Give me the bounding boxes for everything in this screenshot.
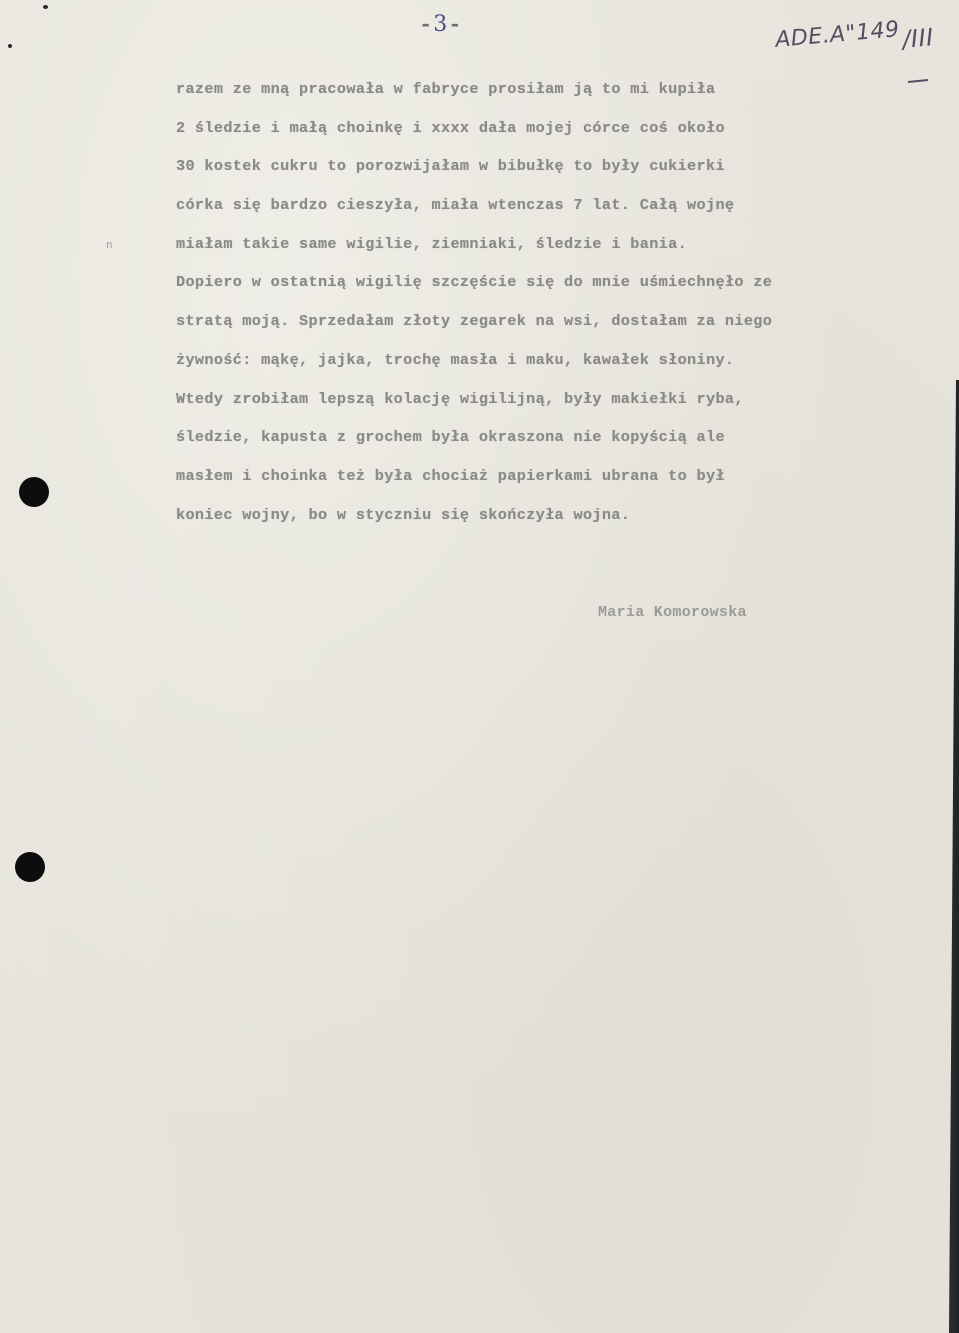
text-line: koniec wojny, bo w styczniu się skończył… <box>176 500 936 539</box>
punch-hole-bottom <box>15 852 45 882</box>
text-line: Dopiero w ostatnią wigilię szczęście się… <box>176 267 936 306</box>
archive-reference-code: ADE.A"149 <box>774 17 900 53</box>
text-line: córka się bardzo cieszyła, miała wtencza… <box>176 190 936 229</box>
page-number-digit: 3 <box>433 12 448 37</box>
signature: Maria Komorowska <box>598 604 747 621</box>
document-page: -3- ADE.A"149/III n razem ze mną pracowa… <box>0 0 959 1333</box>
margin-mark: n <box>106 240 113 252</box>
page-number: -3- <box>419 12 462 38</box>
text-line: Wtedy zrobiłam lepszą kolację wigilijną,… <box>176 384 936 423</box>
text-line: 30 kostek cukru to porozwijałam w bibułk… <box>176 151 936 190</box>
text-line: śledzie, kapusta z grochem była okraszon… <box>176 422 936 461</box>
page-number-prefix: - <box>419 13 433 38</box>
text-line: masłem i choinka też była chociaż papier… <box>176 461 936 500</box>
punch-hole-top <box>19 477 49 507</box>
text-line: stratą moją. Sprzedałam złoty zegarek na… <box>176 306 936 345</box>
ink-speck <box>8 44 12 48</box>
archive-reference-volume: /III <box>901 23 935 54</box>
text-line: żywność: mąkę, jajka, trochę masła i mak… <box>176 345 936 384</box>
text-line: 2 śledzie i małą choinkę i xxxx dała moj… <box>176 113 936 152</box>
page-number-suffix: - <box>448 13 462 38</box>
ink-speck <box>43 5 48 9</box>
archive-reference: ADE.A"149/III <box>774 11 934 53</box>
text-line: miałam takie same wigilie, ziemniaki, śl… <box>176 229 936 268</box>
text-line: razem ze mną pracowała w fabryce prosiła… <box>176 74 936 113</box>
typed-body-text: razem ze mną pracowała w fabryce prosiła… <box>176 74 936 538</box>
scan-edge-shadow <box>949 380 959 1333</box>
